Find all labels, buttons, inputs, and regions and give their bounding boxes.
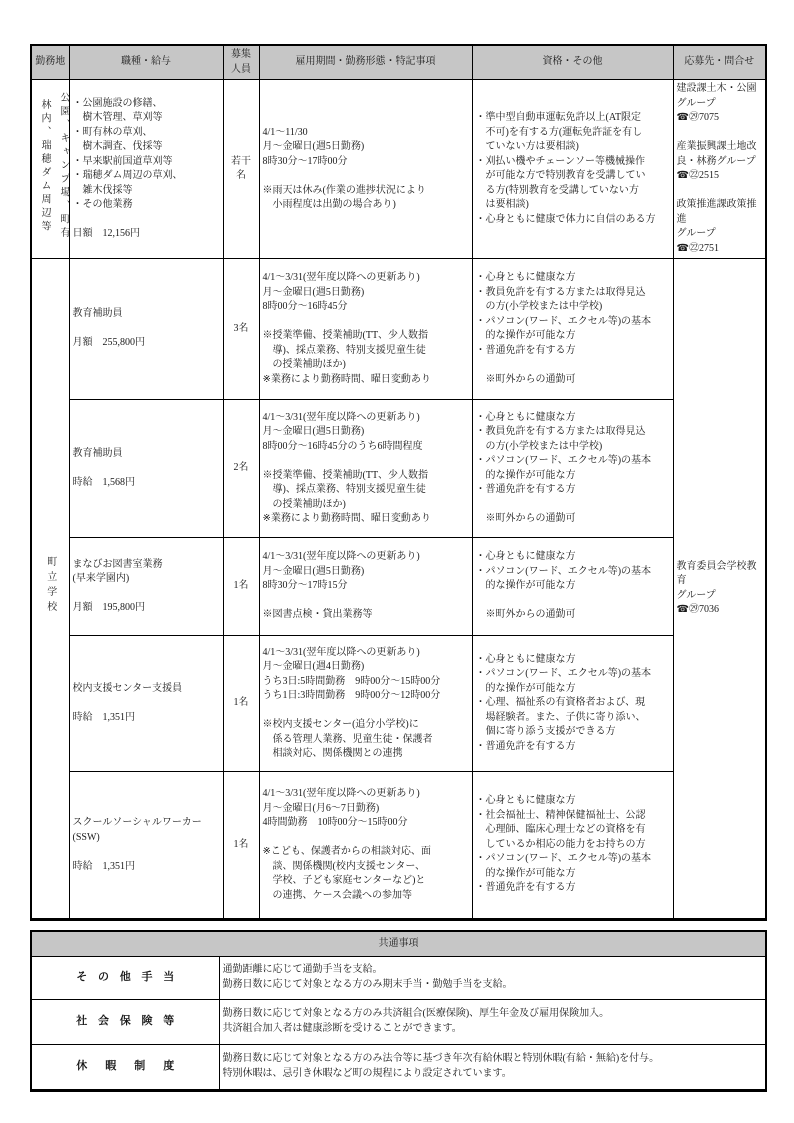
table-row: スクールソーシャルワーカー (SSW) 時給 1,351円 1名 4/1～3/3… — [31, 772, 766, 920]
job-cell: ・公園施設の修繕、 樹木管理、草刈等 ・町有林の草刈、 樹木調査、伐採等 ・早来… — [69, 80, 223, 259]
job-cell: 校内支援センター支援員 時給 1,351円 — [69, 636, 223, 772]
recruitment-table: 勤務地 職種・給与 募集 人員 雇用期間・勤務形態・特記事項 資格・その他 応募… — [30, 44, 767, 921]
period-cell: 4/1～3/31(翌年度以降への更新あり) 月～金曜日(週5日勤務) 8時00分… — [259, 400, 472, 538]
contact-cell-education-board: 教育委員会学校教育 グループ ☎㉙7036 — [673, 259, 766, 920]
text-social-insurance: 勤務日数に応じて対象となる方のみ共済組合(医療保険)、厚生年金及び雇用保険加入。… — [219, 999, 766, 1044]
table-header-row: 勤務地 職種・給与 募集 人員 雇用期間・勤務形態・特記事項 資格・その他 応募… — [31, 45, 766, 80]
qualifications-cell: ・心身ともに健康な方 ・教員免許を有する方または取得見込 の方(小学校または中学… — [472, 400, 673, 538]
period-cell: 4/1～11/30 月～金曜日(週5日勤務) 8時30分～17時00分 ※雨天は… — [259, 80, 472, 259]
header-qualifications: 資格・その他 — [472, 45, 673, 80]
period-cell: 4/1～3/31(翌年度以降への更新あり) 月～金曜日(週4日勤務) うち3日:… — [259, 636, 472, 772]
period-cell: 4/1～3/31(翌年度以降への更新あり) 月～金曜日(週5日勤務) 8時30分… — [259, 538, 472, 636]
qualifications-cell: ・心身ともに健康な方 ・パソコン(ワード、エクセル等)の基本 的な操作が可能な方… — [472, 538, 673, 636]
qualifications-cell: ・心身ともに健康な方 ・教員免許を有する方または取得見込 の方(小学校または中学… — [472, 259, 673, 400]
openings-cell: 1名 — [223, 636, 259, 772]
job-cell: まなびお図書室業務 (早来学園内) 月額 195,800円 — [69, 538, 223, 636]
table-row: まなびお図書室業務 (早来学園内) 月額 195,800円 1名 4/1～3/3… — [31, 538, 766, 636]
table-row: 公園、キャンプ場、町有林内、瑞穂ダム周辺等 ・公園施設の修繕、 樹木管理、草刈等… — [31, 80, 766, 259]
openings-cell: 2名 — [223, 400, 259, 538]
job-cell: スクールソーシャルワーカー (SSW) 時給 1,351円 — [69, 772, 223, 920]
header-openings: 募集 人員 — [223, 45, 259, 80]
label-leave-system: 休暇制度 — [31, 1044, 219, 1090]
common-row-allowances: その他手当 通勤距離に応じて通勤手当を支給。 勤務日数に応じて対象となる方のみ期… — [31, 956, 766, 999]
qualifications-cell: ・準中型自動車運転免許以上(AT限定 不可)を有する方(運転免許証を有し ていな… — [472, 80, 673, 259]
common-table-title: 共通事項 — [31, 931, 766, 956]
recruitment-notice-page: { "t1": { "headers": ["勤務地", "職種・給与", "募… — [0, 0, 794, 1123]
job-cell: 教育補助員 月額 255,800円 — [69, 259, 223, 400]
header-employment-terms: 雇用期間・勤務形態・特記事項 — [259, 45, 472, 80]
text-leave-system: 勤務日数に応じて対象となる方のみ法令等に基づき年次有給休暇と特別休暇(有給・無給… — [219, 1044, 766, 1090]
location-vertical-text: 公園、キャンプ場、町有林内、瑞穂ダム周辺等 — [35, 89, 69, 243]
job-cell: 教育補助員 時給 1,568円 — [69, 400, 223, 538]
qualifications-cell: ・心身ともに健康な方 ・パソコン(ワード、エクセル等)の基本 的な操作が可能な方… — [472, 636, 673, 772]
header-work-location: 勤務地 — [31, 45, 69, 80]
location-cell-school: 町立学校 — [31, 259, 69, 920]
header-job-salary: 職種・給与 — [69, 45, 223, 80]
header-contact: 応募先・問合せ — [673, 45, 766, 80]
period-cell: 4/1～3/31(翌年度以降への更新あり) 月～金曜日(週5日勤務) 8時00分… — [259, 259, 472, 400]
qualifications-cell: ・心身ともに健康な方 ・社会福祉士、精神保健福祉士、公認 心理師、臨床心理士など… — [472, 772, 673, 920]
table-row: 町立学校 教育補助員 月額 255,800円 3名 4/1～3/31(翌年度以降… — [31, 259, 766, 400]
location-cell-outdoor: 公園、キャンプ場、町有林内、瑞穂ダム周辺等 — [31, 80, 69, 259]
common-row-insurance: 社会保険等 勤務日数に応じて対象となる方のみ共済組合(医療保険)、厚生年金及び雇… — [31, 999, 766, 1044]
table-row: 教育補助員 時給 1,568円 2名 4/1～3/31(翌年度以降への更新あり)… — [31, 400, 766, 538]
openings-cell: 3名 — [223, 259, 259, 400]
openings-cell: 1名 — [223, 538, 259, 636]
openings-cell: 若干名 — [223, 80, 259, 259]
common-row-leave: 休暇制度 勤務日数に応じて対象となる方のみ法令等に基づき年次有給休暇と特別休暇(… — [31, 1044, 766, 1090]
table-row: 校内支援センター支援員 時給 1,351円 1名 4/1～3/31(翌年度以降へ… — [31, 636, 766, 772]
period-cell: 4/1～3/31(翌年度以降への更新あり) 月～金曜日(月6～7日勤務) 4時間… — [259, 772, 472, 920]
label-social-insurance: 社会保険等 — [31, 999, 219, 1044]
openings-cell: 1名 — [223, 772, 259, 920]
text-other-allowances: 通勤距離に応じて通勤手当を支給。 勤務日数に応じて対象となる方のみ期末手当・勤勉… — [219, 956, 766, 999]
common-provisions-table: 共通事項 その他手当 通勤距離に応じて通勤手当を支給。 勤務日数に応じて対象とな… — [30, 930, 767, 1092]
label-other-allowances: その他手当 — [31, 956, 219, 999]
location-vertical-text: 町立学校 — [41, 554, 60, 618]
common-header-row: 共通事項 — [31, 931, 766, 956]
contact-cell: 建設課土木・公園 グループ ☎㉙7075 産業振興課土地改 良・林務グループ ☎… — [673, 80, 766, 259]
